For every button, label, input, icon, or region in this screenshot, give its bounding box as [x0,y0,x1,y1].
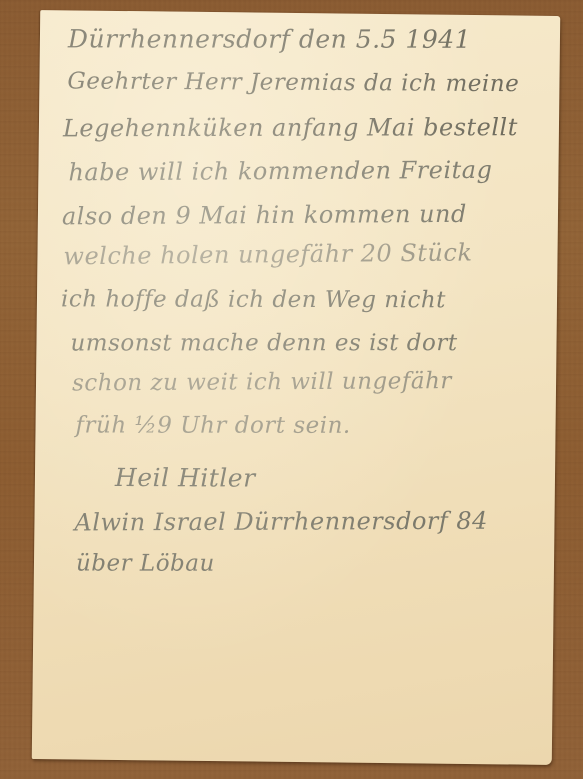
body-line-1: Geehrter Herr Jeremias da ich meine [67,68,519,97]
closing-line: Heil Hitler [115,463,256,493]
signature-line-2: über Löbau [76,551,215,577]
body-line-3: habe will ich kommenden Freitag [68,156,492,187]
body-line-9: früh ½9 Uhr dort sein. [76,413,351,439]
postcard: Dürrhennersdorf den 5.5 1941 Geehrter He… [32,10,560,765]
body-line-4: also den 9 Mai hin kommen und [62,200,467,230]
place-date-line: Dürrhennersdorf den 5.5 1941 [68,24,471,53]
body-line-5: welche holen ungefähr 20 Stück [63,238,472,270]
body-line-8: schon zu weit ich will ungefähr [72,368,452,396]
body-line-2: Legehennküken anfang Mai bestellt [63,113,518,142]
body-line-6: ich hoffe daß ich den Weg nicht [61,286,446,313]
body-line-7: umsonst mache denn es ist dort [70,330,457,356]
signature-line: Alwin Israel Dürrhennersdorf 84 [74,507,488,537]
